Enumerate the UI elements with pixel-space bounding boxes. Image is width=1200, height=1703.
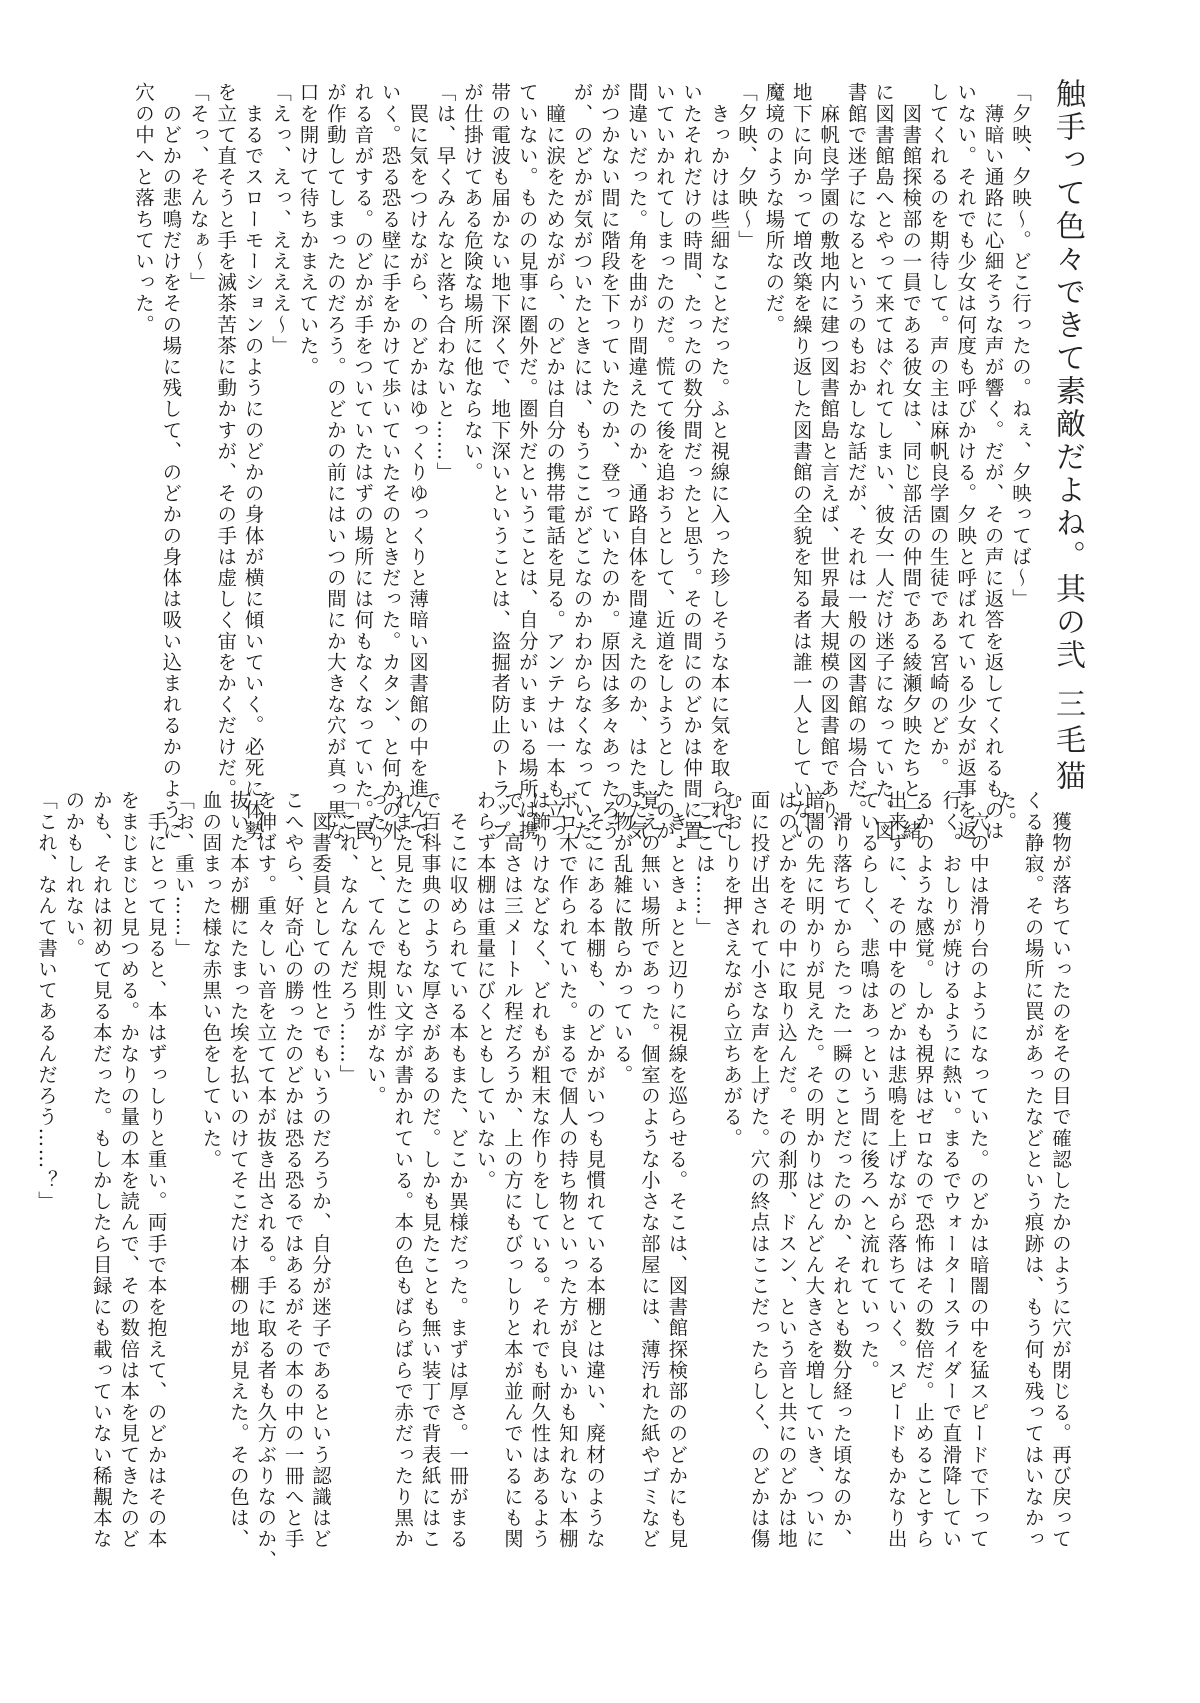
text-column: 口を開けて待ちかまえていた。 <box>294 82 321 742</box>
text-column: を伸ばす。重々しい音を立てて本が抜き出される。手に取る者も久方ぶりなのか、 <box>252 790 279 1535</box>
text-column: は飾りけなどなく、どれもが粗末な作りをしている。それでも耐久性はあるよう <box>526 790 553 1535</box>
text-column: れまた見たこともない文字が書かれている。本の色もばらばらで赤だったり黒か <box>389 790 416 1535</box>
upper-text-block: 「夕映、夕映〜。どこ行ったの。ねぇ、夕映ってば〜」 薄暗い通路に心細そうな声が響… <box>154 82 1034 742</box>
text-column: 「ここは……」 <box>690 790 717 1535</box>
author-name: 三毛猫 <box>1052 688 1082 796</box>
text-column: まるでスローモーションのようにのどかの身体が横に傾いていく。必死に体勢 <box>239 82 266 742</box>
text-column: で、高さは三メートル程だろうか、上の方にもびっしりと本が並んでいるにも関 <box>498 790 525 1535</box>
text-column: ていない。ものの見事に圏外だ。圏外だということは、自分がいまいる場所は携 <box>513 82 540 742</box>
text-column: のどかの悲鳴だけをその場に残して、のどかの身体は吸い込まれるかのように <box>157 82 184 742</box>
text-column: きっかけは些細なことだった。ふと視線に入った珍しそうな本に気を取られて <box>705 82 732 742</box>
text-column: してくれるのを期待して。声の主は麻帆良学園の生徒である宮崎のどか。 <box>924 82 951 742</box>
text-column: 「そっ、そんなぁ〜」 <box>184 82 211 742</box>
text-column: くる静寂。その場所に罠があったなどという痕跡は、もう何も残ってはいなかっ <box>1019 790 1046 1535</box>
text-column: 獲物が落ちていったのをその目で確認したかのように穴が閉じる。再び戻って <box>1047 790 1074 1535</box>
text-column: 「夕映、夕映〜。どこ行ったの。ねぇ、夕映ってば〜」 <box>1007 82 1034 742</box>
text-column: 帯の電波も届かない地下深くで、地下深いということは、盗掘者防止のトラップ <box>486 82 513 742</box>
text-column: が仕掛けてある危険な場所に他ならない。 <box>458 82 485 742</box>
text-column: 暗闇の先に明かりが見えた。その明かりはどんどん大きさを増していき、ついに <box>800 790 827 1535</box>
text-column: 図書館探検部の一員である彼女は、同じ部活の仲間である綾瀬夕映たちと一緒 <box>897 82 924 742</box>
text-column: きょときょとと辺りに視線を巡らせる。そこは、図書館探検部ののどかにも見 <box>663 790 690 1535</box>
text-column: むおしりを押さえながら立ちあがる。 <box>718 790 745 1535</box>
book-page: 触手って色々できて素敵だよね。其の弐 三毛猫 「夕映、夕映〜。どこ行ったの。ねぇ… <box>0 0 1200 1703</box>
text-column: 「えっ、えっ、ええええ〜」 <box>267 82 294 742</box>
text-column: 面に投げ出されて小さな声を上げた。穴の終点はここだったらしく、のどかは傷 <box>745 790 772 1535</box>
text-column: た。 <box>992 790 1019 1535</box>
text-column: 行く。おしりが焼けるように熱い。まるでウォータースライダーで直滑降してい <box>937 790 964 1535</box>
text-column: ったりと、てんで規則性がない。 <box>361 790 388 1535</box>
text-column: がつかない間に階段を下っていたのか、登っていたのか。原因は多々あったろう <box>596 82 623 742</box>
text-column: 罠に気をつけながら、のどかはゆっくりゆっくりと薄暗い図書館の中を進んで <box>404 82 431 742</box>
text-column: 「夕映、夕映〜」 <box>733 82 760 742</box>
text-column: 魔境のような場所なのだ。 <box>760 82 787 742</box>
text-column: 麻帆良学園の敷地内に建つ図書館島と言えば、世界最大規模の図書館であり、 <box>815 82 842 742</box>
text-column: ているらしく、悲鳴はあっという間に後ろへと流れていった。 <box>855 790 882 1535</box>
text-column: が、のどかが気がついたときには、もうここがどこなのかわからなくなっていた。 <box>568 82 595 742</box>
text-column: をまじまじと見つめる。かなりの量の本を読んで、その数倍は本を見てきたのど <box>115 790 142 1535</box>
text-column: 「は、早くみんなと落ち合わないと……」 <box>431 82 458 742</box>
text-column: 瞳に涙をためながら、のどかは自分の携帯電話を見る。アンテナは一本も立っ <box>541 82 568 742</box>
text-column: 穴の中へと落ちていった。 <box>130 82 157 742</box>
text-column: 図書委員としての性とでもいうのだろうか、自分が迷子であるという認識はど <box>307 790 334 1535</box>
text-column: を立て直そうと手を滅茶苦茶に動かすが、その手は虚しく宙をかくだけだ。 <box>212 82 239 742</box>
text-column: いたそれだけの時間、たったの数分間だったと思う。その間にのどかは仲間に置 <box>678 82 705 742</box>
text-column: ボロ木で作られていた。まるで個人の持ち物といった方が良いかも知れない本棚 <box>553 790 580 1535</box>
text-column: に図書館島へとやって来てはぐれてしまい、彼女一人だけ迷子になっていた。図 <box>870 82 897 742</box>
text-column: で百科事典のような厚さがあるのだ。しかも見たことも無い装丁で背表紙にはこ <box>416 790 443 1535</box>
text-column: 間違いだった。角を曲がり間違えたのか、通路自体を間違えたのか、はたまた気 <box>623 82 650 742</box>
text-column: いく。恐る恐る壁に手をかけて歩いていたそのときだった。カタン、と何かの外 <box>376 82 403 742</box>
text-column: 地下に向かって増改築を繰り返した図書館の全貌を知る者は誰一人としていない <box>787 82 814 742</box>
text-column: が作動してしまったのだろう。のどかの前にはいつの間にか大きな穴が真っ黒な <box>321 82 348 742</box>
text-column: れる音がする。のどかが手をついていたはずの場所には何もなくなっていた。罠 <box>349 82 376 742</box>
text-column: 穴の中は滑り台のようになっていた。のどかは暗闇の中を猛スピードで下って <box>964 790 991 1535</box>
text-column: 覚えの無い場所であった。個室のような小さな部屋には、薄汚れた紙やゴミなど <box>636 790 663 1535</box>
text-column: るかのような感覚。しかも視界はゼロなので恐怖はその数倍だ。止めることすら <box>910 790 937 1535</box>
text-column: はのどかをその中に取り込んだ。その刹那、ドスン、という音と共にのどかは地 <box>773 790 800 1535</box>
text-column: 血の固まった様な赤黒い色をしていた。 <box>197 790 224 1535</box>
text-column: そこにある本棚も、のどかがいつも見慣れている本棚とは違い、廃材のような <box>581 790 608 1535</box>
text-column: 「これ、なんて書いてあるんだろう……？」 <box>33 790 60 1535</box>
story-title: 触手って色々できて素敵だよね。其の弐 <box>1052 78 1082 672</box>
text-column: 手にとって見ると、本はずっしりと重い。両手で本を抱えて、のどかはその本 <box>142 790 169 1535</box>
text-column: の物が乱雑に散らかっている。 <box>608 790 635 1535</box>
text-column: 出来ずに、その中をのどかは悲鳴を上げながら落ちていく。スピードもかなり出 <box>882 790 909 1535</box>
text-column: 抜いた本が棚にたまった埃を払いのけてそこだけ本棚の地が見えた。その色は、 <box>224 790 251 1535</box>
text-column: こへやら、好奇心の勝ったのどかは恐る恐るではあるがその本の中の一冊へと手 <box>279 790 306 1535</box>
text-column: わらず本棚は重量にびくともしていない。 <box>471 790 498 1535</box>
lower-text-block: 獲物が落ちていったのをその目で確認したかのように穴が閉じる。再び戻って くる静寂… <box>134 790 1074 1535</box>
text-column: そこに収められている本もまた、どこか異様だった。まずは厚さ。一冊がまる <box>444 790 471 1535</box>
text-column: 書館で迷子になるというのもおかしな話だが、それは一般の図書館の場合だ。 <box>842 82 869 742</box>
text-column: かも、それは初めて見る本だった。もしかしたら目録にも載っていない稀覯本な <box>87 790 114 1535</box>
text-column: 「これ、なんなんだろう……」 <box>334 790 361 1535</box>
text-column: 薄暗い通路に心細そうな声が響く。だが、その声に返答を返してくれるものは <box>979 82 1006 742</box>
text-column: いていかれてしまったのだ。慌てて後を追おうとして、近道をしようとしたのが <box>650 82 677 742</box>
text-column: のかもしれない。 <box>60 790 87 1535</box>
text-column: 滑り落ちてからたった一瞬のことだったのか、それとも数分経った頃なのか、 <box>827 790 854 1535</box>
text-column: いない。それでも少女は何度も呼びかける。夕映と呼ばれている少女が返事を返 <box>952 82 979 742</box>
text-column: 「お、重い……」 <box>170 790 197 1535</box>
